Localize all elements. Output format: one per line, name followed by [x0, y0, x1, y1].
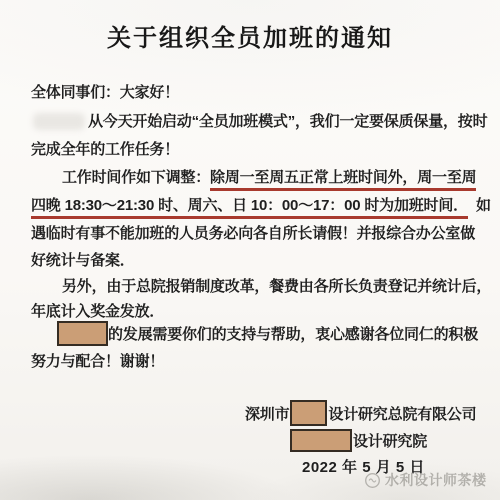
para2-line2-plain: 如: [476, 197, 491, 214]
para2-line1: 工作时间作如下调整：除周一至周五正常上班时间外，周一至周: [62, 168, 476, 188]
signature-institute-suffix: 设计研究院: [353, 430, 427, 451]
para2-line2: 四晚 18:30～21:30 时、周六、日 10：00～17：00 时为加班时间…: [31, 196, 491, 216]
greeting-line: 全体同事们：大家好！: [31, 83, 179, 103]
para2-line4: 好统计与备案．: [31, 251, 135, 271]
para4-line1-text: 的发展需要你们的支持与帮助，衷心感谢各位同仁的积极: [108, 323, 478, 344]
signature-institute-line: 设计研究院: [290, 429, 427, 452]
notice-document: 关于组织全员加班的通知 全体同事们：大家好！ 从今天开始启动“全员加班模式”，我…: [0, 0, 500, 500]
redaction-smudge: [33, 113, 85, 130]
watermark: 水利设计师茶楼: [364, 470, 487, 490]
signature-company-prefix: 深圳市: [245, 403, 289, 424]
redaction-box: [57, 321, 108, 346]
signature-company-line: 深圳市 设计研究总院有限公司: [245, 400, 476, 426]
para2-line1-underlined: 除周一至周五正常上班时间外，周一至周: [210, 169, 476, 191]
signature-company-suffix: 设计研究总院有限公司: [328, 403, 476, 424]
para1-line2: 完成全年的工作任务！: [31, 140, 179, 160]
redaction-box: [290, 429, 352, 452]
para4-line2: 努力与配合！谢谢！: [31, 352, 164, 372]
para3-line2: 年底计入奖金发放．: [31, 302, 164, 322]
teahouse-logo-icon: [364, 472, 381, 489]
page-title: 关于组织全员加班的通知: [0, 18, 500, 53]
para2-line1-plain: 工作时间作如下调整：: [62, 169, 210, 186]
para4-line1: 的发展需要你们的支持与帮助，衷心感谢各位同仁的积极: [57, 321, 478, 346]
redaction-box: [290, 400, 327, 426]
para2-line2-underlined: 四晚 18:30～21:30 时、周六、日 10：00～17：00 时为加班时间…: [31, 197, 468, 219]
para2-line3: 遇临时有事不能加班的人员务必向各自所长请假！并报综合办公室做: [31, 224, 475, 244]
watermark-text: 水利设计师茶楼: [385, 470, 487, 490]
para1-line1: 从今天开始启动“全员加班模式”，我们一定要保质保量，按时: [88, 112, 487, 132]
para3-line1: 另外，由于总院报销制度改革，餐费由各所长负责登记并统计后，: [62, 277, 491, 297]
